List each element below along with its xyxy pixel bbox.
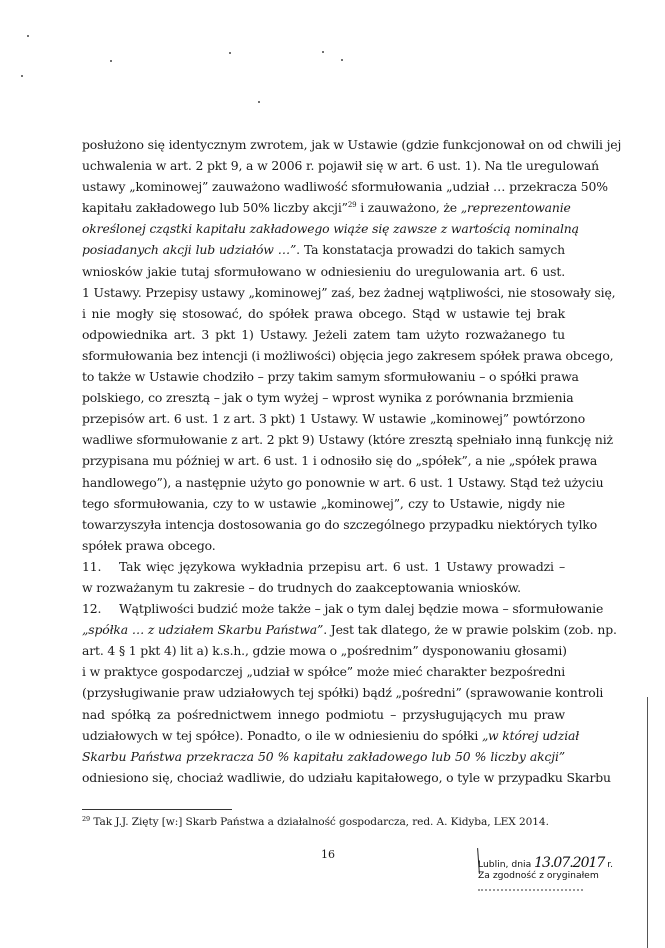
quote-italic: posiadanych akcji lub udziałów …” [82, 242, 296, 257]
footnote: 29 Tak J.J. Zięty [w:] Skarb Państwa a d… [82, 816, 549, 828]
paragraph-number: 11. [82, 556, 119, 577]
text-line: określonej cząstki kapitału zakładowego … [82, 218, 565, 239]
text-line: i w praktyce gospodarczej „udział w spół… [82, 661, 565, 682]
text-line: odniesiono się, chociaż wadliwie, do udz… [82, 767, 565, 788]
text-line: udziałowych w tej spółce). Ponadto, o il… [82, 725, 565, 746]
document-page: posłużono się identycznym zwrotem, jak w… [0, 0, 665, 948]
text-line: kapitału zakładowego lub 50% liczby akcj… [82, 197, 565, 218]
scan-speck [21, 75, 23, 77]
stamp-city: Lublin, dnia [478, 859, 531, 870]
text-line: „spółka … z udziałem Skarbu Państwa”. Je… [82, 619, 565, 640]
scan-speck [110, 60, 112, 62]
stamp-certification: Za zgodność z oryginałem [478, 870, 613, 881]
text-line: wadliwe sformułowanie z art. 2 pkt 9) Us… [82, 429, 565, 450]
text-line: spółek prawa obcego. [82, 535, 565, 556]
stamp-suffix: r. [604, 859, 613, 870]
text-line: (przysługiwanie praw udziałowych tej spó… [82, 682, 565, 703]
scan-speck [322, 51, 324, 53]
text-line: towarzyszyła intencja dostosowania go do… [82, 514, 565, 535]
signature-line [478, 889, 583, 894]
text-fragment: udziałowych w tej spółce). Ponadto, o il… [82, 728, 478, 743]
text-line: i nie mogły się stosować, do spółek praw… [82, 303, 565, 324]
paragraph-12-first-line: 12.Wątpliwości budzić może także – jak o… [82, 598, 565, 619]
quote-italic: „w której udział [482, 728, 579, 743]
quote-italic: „reprezentowanie [461, 200, 571, 215]
text-line: tego sformułowania, czy to w ustawie „ko… [82, 493, 565, 514]
text-line: handlowego”), a następnie użyto go ponow… [82, 472, 565, 493]
text-line: przepisów art. 6 ust. 1 z art. 3 pkt) 1 … [82, 408, 565, 429]
stamp-date-line: Lublin, dnia 13.07.2017 r. [478, 858, 613, 870]
text-line: posiadanych akcji lub udziałów …”. Ta ko… [82, 239, 565, 260]
footnote-text: Tak J.J. Zięty [w:] Skarb Państwa a dzia… [90, 816, 549, 828]
page-number: 16 [321, 848, 335, 861]
footnote-divider [82, 809, 232, 810]
text-line: sformułowania bez intencji (i możliwości… [82, 345, 565, 366]
scan-speck [258, 101, 260, 103]
body-text: posłużono się identycznym zwrotem, jak w… [82, 134, 565, 788]
text-line: uchwalenia w art. 2 pkt 9, a w 2006 r. p… [82, 155, 565, 176]
text-line: nad spółką za pośrednictwem innego podmi… [82, 704, 565, 725]
text-line: w rozważanym tu zakresie – do trudnych d… [82, 577, 565, 598]
paragraph-number: 12. [82, 598, 119, 619]
text-fragment: . Jest tak dlatego, że w prawie polskim … [323, 622, 617, 637]
text-fragment: i zauważono, że [356, 200, 460, 215]
certification-stamp: Lublin, dnia 13.07.2017 r. Za zgodność z… [478, 858, 613, 894]
text-line: ustawy „kominowej” zauważono wadliwość s… [82, 176, 565, 197]
text-line: to także w Ustawie chodziło – przy takim… [82, 366, 565, 387]
stamp-date: 13.07.2017 [534, 855, 604, 871]
text-line: 1 Ustawy. Przepisy ustawy „kominowej” za… [82, 282, 565, 303]
text-line: wniosków jakie tutaj sformułowano w odni… [82, 261, 565, 282]
text-line: polskiego, co zresztą – jak o tym wyżej … [82, 387, 565, 408]
scan-edge-line [647, 697, 648, 948]
text-fragment: Tak więc językowa wykładnia przepisu art… [119, 559, 565, 574]
text-line: Skarbu Państwa przekracza 50 % kapitału … [82, 746, 565, 767]
text-fragment: . Ta konstatacja prowadzi do takich samy… [296, 242, 565, 257]
text-line: posłużono się identycznym zwrotem, jak w… [82, 134, 565, 155]
text-line: przypisana mu później w art. 6 ust. 1 i … [82, 450, 565, 471]
text-fragment: Wątpliwości budzić może także – jak o ty… [119, 601, 603, 616]
scan-speck [27, 35, 29, 37]
paragraph-11-first-line: 11.Tak więc językowa wykładnia przepisu … [82, 556, 565, 577]
scan-speck [341, 59, 343, 61]
quote-italic: określonej cząstki kapitału zakładowego … [82, 221, 579, 236]
quote-italic: Skarbu Państwa przekracza 50 % kapitału … [82, 749, 565, 764]
text-line: odpowiednika art. 3 pkt 1) Ustawy. Jeżel… [82, 324, 565, 345]
text-fragment: kapitału zakładowego lub 50% liczby akcj… [82, 200, 348, 215]
footnote-number: 29 [82, 815, 90, 823]
scan-speck [229, 52, 231, 54]
text-line: art. 4 § 1 pkt 4) lit a) k.s.h., gdzie m… [82, 640, 565, 661]
quote-italic: „spółka … z udziałem Skarbu Państwa” [82, 622, 323, 637]
